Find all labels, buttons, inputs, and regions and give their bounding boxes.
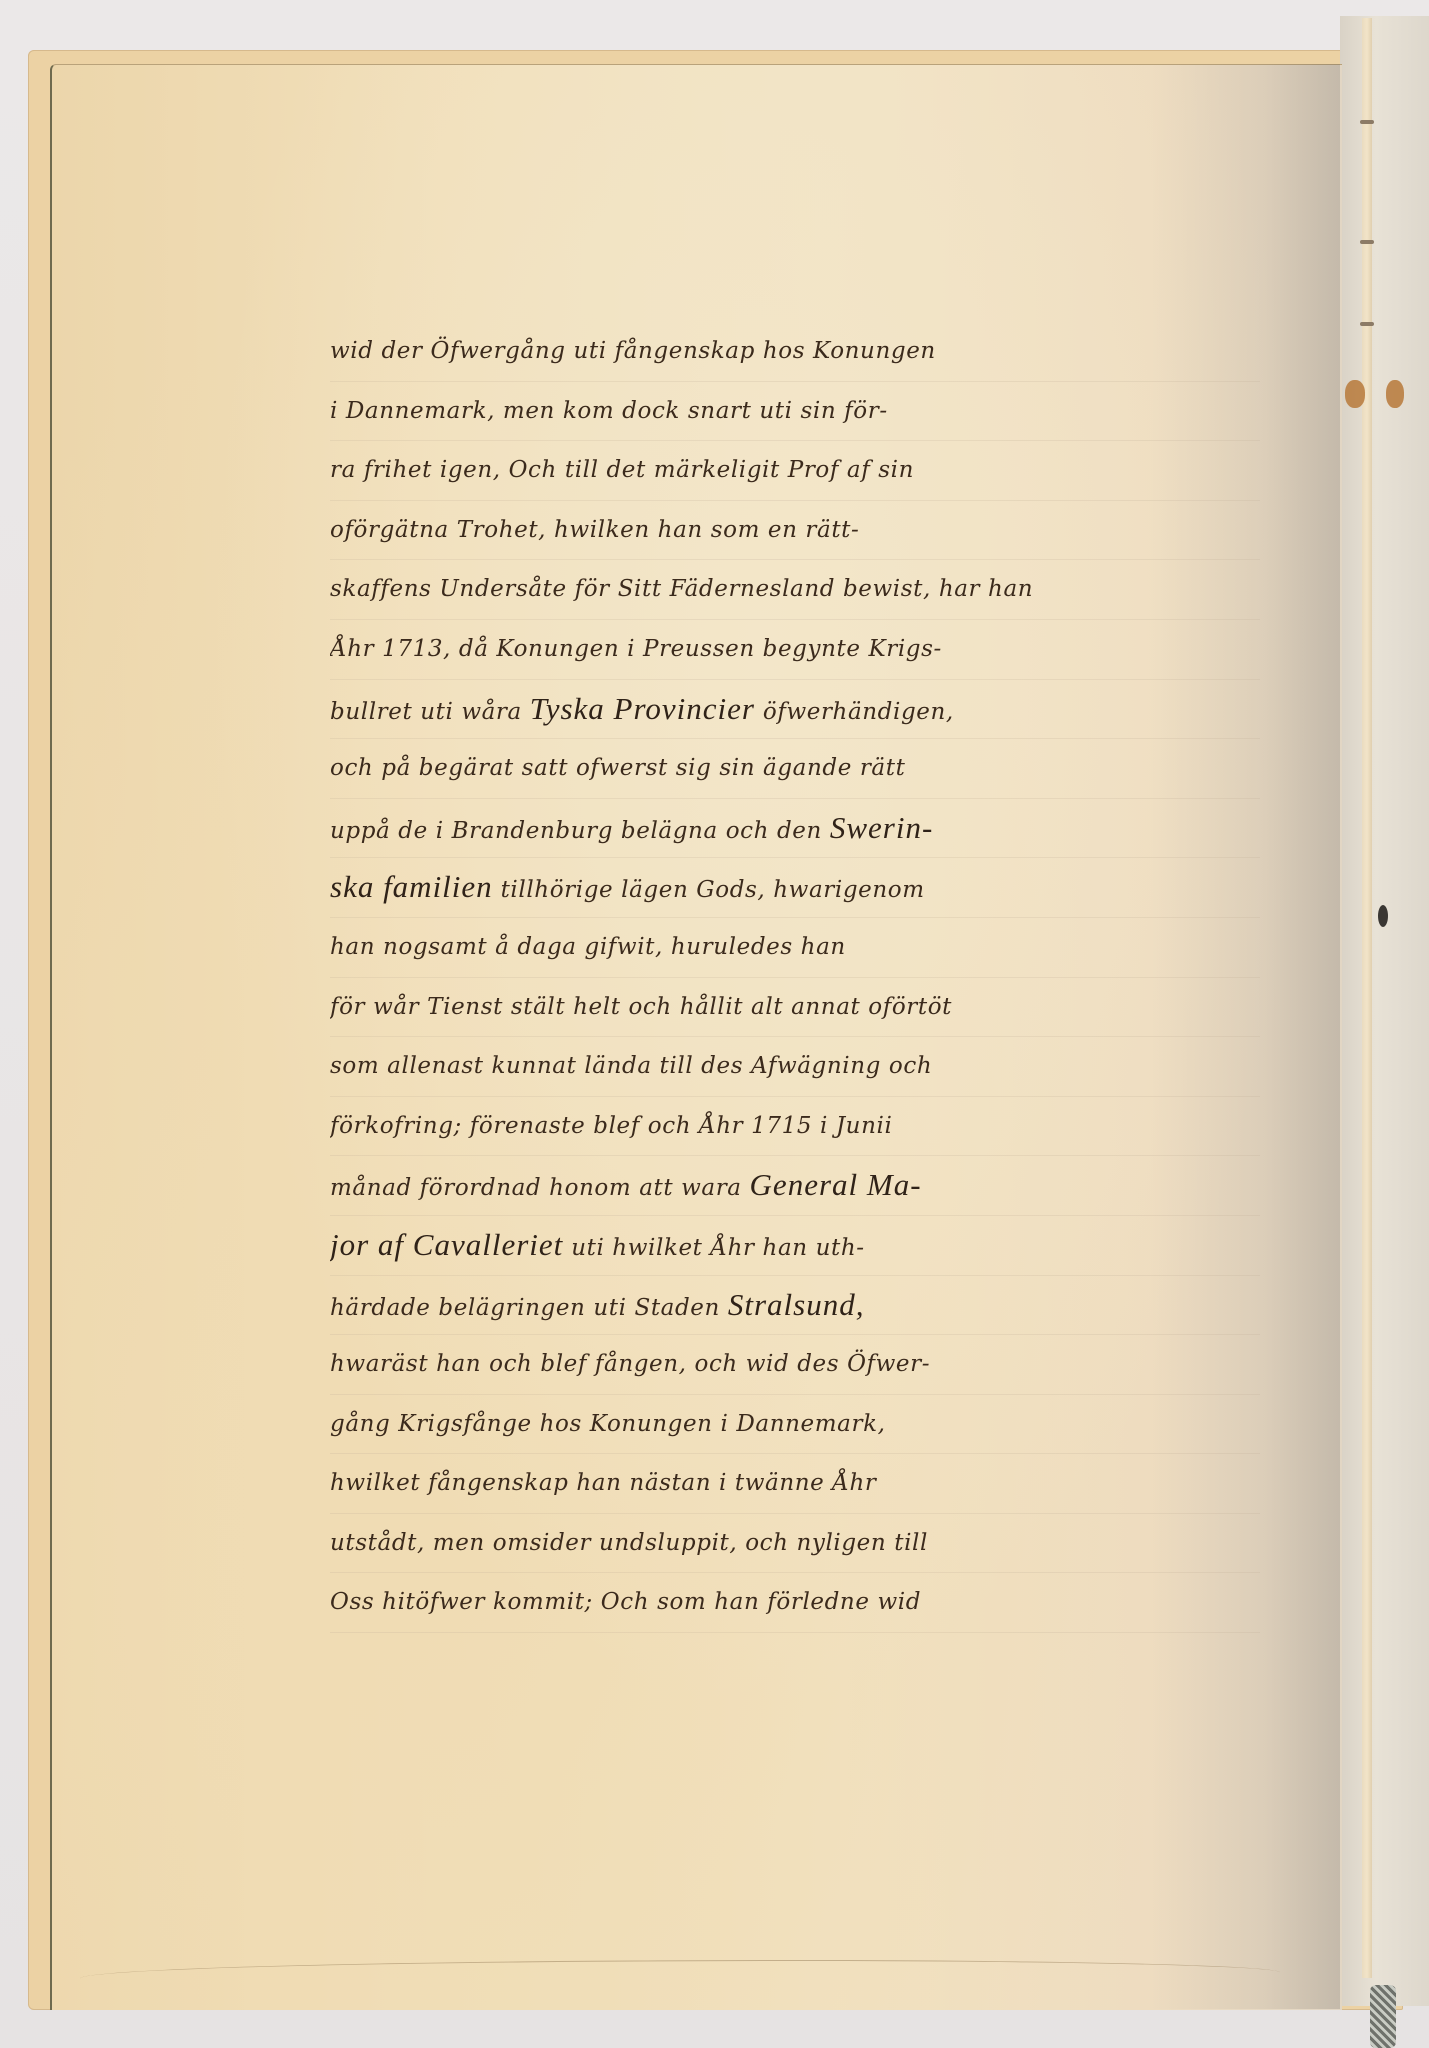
latin-script-word: Swerin- <box>830 810 933 845</box>
text-line: Oss hitöfwer kommit; Och som han förledn… <box>330 1573 1260 1633</box>
text-line: månad förordnad honom att wara General M… <box>330 1156 1260 1216</box>
adjacent-leaf <box>1340 16 1429 2006</box>
text-line: ra frihet igen, Och till det märkeligit … <box>330 441 1260 501</box>
text-line: wid der Öfwergång uti fångenskap hos Kon… <box>330 322 1260 382</box>
text-line: härdade belägringen uti Staden Stralsund… <box>330 1276 1260 1336</box>
binding-stitch <box>1360 120 1374 124</box>
binding-stitch <box>1360 322 1374 326</box>
latin-script-word: Tyska Provincier <box>530 691 755 726</box>
latin-script-word: jor af Cavalleriet <box>330 1227 563 1262</box>
latin-script-word: General Ma- <box>750 1167 922 1202</box>
text-line: hwilket fångenskap han nästan i twänne Å… <box>330 1454 1260 1514</box>
text-line: i Dannemark, men kom dock snart uti sin … <box>330 382 1260 442</box>
text-line: Åhr 1713, då Konungen i Preussen begynte… <box>330 620 1260 680</box>
text-line: och på begärat satt ofwerst sig sin ägan… <box>330 739 1260 799</box>
text-line: utstådt, men omsider undsluppit, och nyl… <box>330 1514 1260 1574</box>
text-line: bullret uti wåra Tyska Provincier öfwerh… <box>330 680 1260 740</box>
text-line: förkofring; förenaste blef och Åhr 1715 … <box>330 1097 1260 1157</box>
text-line: skaffens Undersåte för Sitt Fädernesland… <box>330 560 1260 620</box>
text-line: jor af Cavalleriet uti hwilket Åhr han u… <box>330 1216 1260 1276</box>
rust-stain <box>1386 380 1404 408</box>
rust-stain <box>1345 380 1365 408</box>
text-line: gång Krigsfånge hos Konungen i Dannemark… <box>330 1395 1260 1455</box>
text-line: hwaräst han och blef fången, och wid des… <box>330 1335 1260 1395</box>
binding-spine <box>1362 18 1372 1978</box>
binding-cord <box>1370 1985 1396 2048</box>
text-line: som allenast kunnat lända till des Afwäg… <box>330 1037 1260 1097</box>
text-line: oförgätna Trohet, hwilken han som en rät… <box>330 501 1260 561</box>
binding-tear <box>1378 905 1388 927</box>
text-line: han nogsamt å daga gifwit, huruledes han <box>330 918 1260 978</box>
latin-script-word: ska familien <box>330 869 493 904</box>
text-line: ska familien tillhörige lägen Gods, hwar… <box>330 858 1260 918</box>
text-line: uppå de i Brandenburg belägna och den Sw… <box>330 799 1260 859</box>
text-line: för wår Tienst stält helt och hållit alt… <box>330 978 1260 1038</box>
binding-stitch <box>1360 240 1374 244</box>
handwritten-text-block: wid der Öfwergång uti fångenskap hos Kon… <box>330 322 1260 1633</box>
latin-script-word: Stralsund, <box>728 1287 865 1322</box>
